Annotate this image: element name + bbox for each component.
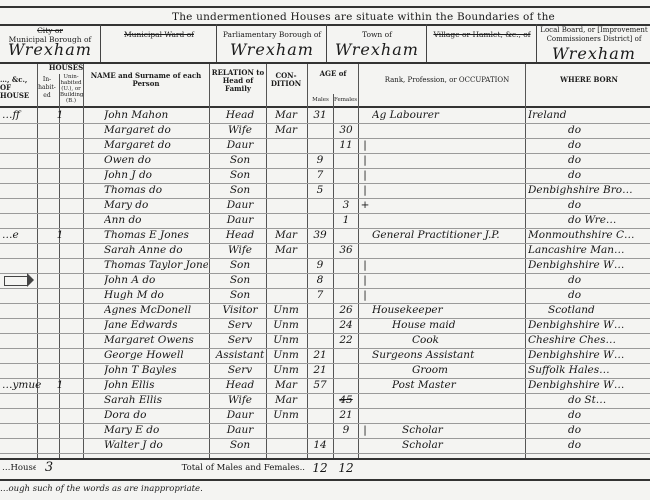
house-cell [2, 438, 42, 453]
where-born-cell: Denbighshire W… [528, 318, 650, 333]
relation-cell: Son [214, 288, 266, 303]
male-age-cell [308, 423, 332, 438]
male-age-cell [308, 213, 332, 228]
totals-bottom-rule [0, 479, 650, 481]
male-age-cell [308, 138, 332, 153]
house-cell: …ymuen [2, 378, 42, 393]
district-label: Town of [327, 30, 427, 39]
table-row-spacer [0, 453, 650, 456]
district-value: Wrexham [327, 40, 427, 59]
where-born-cell: Denbighshire Bro… [528, 183, 650, 198]
table-row: Sarah Anne do Wife Mar 36 Lancashire Man… [0, 243, 650, 259]
where-born-cell: Ireland [528, 108, 650, 123]
female-age-cell [334, 348, 358, 363]
inhabited-cell [50, 288, 70, 303]
inhabited-cell [50, 123, 70, 138]
table-row: Ann do Daur 1 do Wre… [0, 213, 650, 229]
house-cell [2, 348, 42, 363]
female-age-cell [334, 438, 358, 453]
district-value: Wrexham [537, 44, 650, 63]
relation-cell: Head [214, 378, 266, 393]
name-cell: Agnes McDonell [104, 303, 208, 318]
relation-cell: Visitor [214, 303, 266, 318]
table-row: Owen do Son 9 | do [0, 153, 650, 169]
tally-mark: | [360, 138, 370, 153]
total-houses-value: 3 [40, 458, 58, 478]
relation-cell: Daur [214, 408, 266, 423]
name-cell: Thomas E Jones [104, 228, 208, 243]
female-age-cell [334, 108, 358, 123]
house-cell [2, 363, 42, 378]
table-row: John A do Son 8 | do [0, 273, 650, 289]
district-label: Local Board, or [Improvement Commissione… [537, 26, 650, 44]
condition-cell [268, 438, 304, 453]
name-cell: John Ellis [104, 378, 208, 393]
inhabited-cell [50, 333, 70, 348]
relation-cell: Daur [214, 138, 266, 153]
female-age-cell [334, 273, 358, 288]
tally-mark [360, 303, 370, 318]
relation-cell: Son [214, 168, 266, 183]
occupation-cell [372, 393, 522, 408]
inhabited-cell [50, 303, 70, 318]
house-cell [2, 318, 42, 333]
female-age-cell [334, 183, 358, 198]
house-cell [2, 168, 42, 183]
total-houses-label: …Houses.. [2, 458, 36, 478]
condition-cell: Mar [268, 378, 304, 393]
where-born-cell: do [528, 438, 650, 453]
tally-mark: | [360, 153, 370, 168]
where-born-cell: Scotland [528, 303, 650, 318]
tally-mark [360, 123, 370, 138]
house-cell [2, 123, 42, 138]
house-cell [2, 423, 42, 438]
tally-mark [360, 318, 370, 333]
name-cell: Sarah Ellis [104, 393, 208, 408]
where-born-cell: do [528, 198, 650, 213]
census-page: The undermentioned Houses are situate wi… [0, 0, 650, 500]
female-age-cell [334, 153, 358, 168]
condition-cell: Unm [268, 318, 304, 333]
inhabited-cell: 1 [50, 378, 70, 393]
occupation-cell [372, 273, 522, 288]
occupation-cell [372, 258, 522, 273]
where-born-cell: do [528, 408, 650, 423]
female-age-cell: 1 [334, 213, 358, 228]
total-males-value: 12 [308, 458, 332, 478]
male-age-cell: 7 [308, 288, 332, 303]
house-cell [2, 333, 42, 348]
female-age-cell [334, 363, 358, 378]
relation-cell: Assistant [214, 348, 266, 363]
occupation-cell [372, 243, 522, 258]
condition-cell: Mar [268, 243, 304, 258]
district-label: Municipal Ward of [101, 30, 217, 39]
pointer-arrow-icon [4, 273, 44, 288]
occupation-cell [372, 153, 522, 168]
male-age-cell: 21 [308, 363, 332, 378]
house-cell: …ff [2, 108, 42, 123]
tally-mark [360, 393, 370, 408]
table-row: Margaret do Wife Mar 30 do [0, 123, 650, 139]
tally-mark [360, 438, 370, 453]
tally-mark [360, 408, 370, 423]
inhabited-cell [50, 198, 70, 213]
occupation-cell: Scholar [372, 423, 552, 438]
condition-cell: Mar [268, 393, 304, 408]
inhabited-cell [50, 408, 70, 423]
relation-cell: Son [214, 273, 266, 288]
inhabited-cell [50, 153, 70, 168]
table-row: Mary E do Daur 9 | Scholar do [0, 423, 650, 439]
where-born-cell: do Wre… [528, 213, 650, 228]
total-females-value: 12 [334, 458, 358, 478]
occupation-cell: General Practitioner J.P. [372, 228, 522, 243]
male-age-cell: 14 [308, 438, 332, 453]
male-age-cell: 31 [308, 108, 332, 123]
condition-cell: Mar [268, 123, 304, 138]
district-label: Village or Hamlet, &c., of [427, 30, 537, 39]
house-cell [2, 303, 42, 318]
district-label-struck: City or [37, 26, 63, 35]
female-age-cell: 36 [334, 243, 358, 258]
condition-cell: Unm [268, 348, 304, 363]
table-row: Thomas do Son 5 | Denbighshire Bro… [0, 183, 650, 199]
relation-cell: Wife [214, 393, 266, 408]
table-row: Mary do Daur 3 + do [0, 198, 650, 214]
name-cell: Sarah Anne do [104, 243, 208, 258]
inhabited-cell [50, 138, 70, 153]
condition-cell [268, 258, 304, 273]
house-cell [2, 243, 42, 258]
male-age-cell: 5 [308, 183, 332, 198]
tally-mark [360, 363, 370, 378]
female-age-cell: 22 [334, 333, 358, 348]
district-label: Parliamentary Borough of [217, 30, 327, 39]
where-born-cell: Monmouthshire C… [528, 228, 650, 243]
totals-row: …Houses.. 3 Total of Males and Females..… [0, 458, 650, 478]
district-town: Town of Wrexham [326, 24, 427, 62]
inhabited-cell [50, 363, 70, 378]
total-persons-label: Total of Males and Females.. [150, 458, 305, 478]
name-cell: John J do [104, 168, 208, 183]
occupation-cell [372, 408, 522, 423]
table-row: Agnes McDonell Visitor Unm 26 Housekeepe… [0, 303, 650, 319]
condition-cell [268, 423, 304, 438]
condition-cell: Unm [268, 333, 304, 348]
female-age-cell [334, 228, 358, 243]
female-age-cell: 24 [334, 318, 358, 333]
house-cell [2, 408, 42, 423]
name-cell: Dora do [104, 408, 208, 423]
name-cell: Mary E do [104, 423, 208, 438]
relation-cell: Serv [214, 333, 266, 348]
where-born-cell: Denbighshire W… [528, 348, 650, 363]
relation-cell: Son [214, 258, 266, 273]
female-age-cell [334, 288, 358, 303]
house-cell [2, 288, 42, 303]
name-cell: Thomas do [104, 183, 208, 198]
name-cell: Ann do [104, 213, 208, 228]
condition-cell: Unm [268, 408, 304, 423]
table-row: George Howell Assistant Unm 21 Surgeons … [0, 348, 650, 364]
condition-cell [268, 273, 304, 288]
tally-mark [360, 348, 370, 363]
tally-mark [360, 243, 370, 258]
inhabited-cell [50, 243, 70, 258]
relation-cell: Serv [214, 318, 266, 333]
female-age-cell: 45 [334, 393, 358, 408]
where-born-cell: Denbighshire W… [528, 258, 650, 273]
female-age-cell: 3 [334, 198, 358, 213]
inhabited-cell [50, 183, 70, 198]
male-age-cell [308, 333, 332, 348]
female-age-cell: 26 [334, 303, 358, 318]
condition-cell [268, 153, 304, 168]
table-row: John J do Son 7 | do [0, 168, 650, 184]
tally-mark: | [360, 258, 370, 273]
name-cell: Margaret do [104, 138, 208, 153]
where-born-cell: do [528, 288, 650, 303]
female-age-cell: 21 [334, 408, 358, 423]
table-row: …ymuen 1 John Ellis Head Mar 57 Post Mas… [0, 378, 650, 394]
house-cell [2, 198, 42, 213]
where-born-cell: Denbighshire W… [528, 378, 650, 393]
inhabited-cell [50, 348, 70, 363]
male-age-cell [308, 123, 332, 138]
table-row: …ff 1 John Mahon Head Mar 31 Ag Labourer… [0, 108, 650, 124]
relation-cell: Head [214, 228, 266, 243]
female-age-cell [334, 258, 358, 273]
condition-cell: Mar [268, 108, 304, 123]
tally-mark: | [360, 423, 370, 438]
house-cell [2, 393, 42, 408]
female-age-cell: 30 [334, 123, 358, 138]
male-age-cell: 21 [308, 348, 332, 363]
name-cell: Margaret do [104, 123, 208, 138]
condition-cell [268, 168, 304, 183]
header-males: Males [308, 96, 333, 104]
table-row: John T Bayles Serv Unm 21 Groom Suffolk … [0, 363, 650, 379]
district-municipal-borough: City orMunicipal Borough of Wrexham [0, 24, 100, 62]
male-age-cell: 39 [308, 228, 332, 243]
district-value: Wrexham [217, 40, 327, 59]
occupation-cell: Scholar [372, 438, 552, 453]
where-born-cell: do [528, 423, 650, 438]
condition-cell [268, 198, 304, 213]
female-age-cell [334, 378, 358, 393]
inhabited-cell [50, 258, 70, 273]
condition-cell [268, 213, 304, 228]
inhabited-cell [50, 393, 70, 408]
occupation-cell [372, 138, 522, 153]
male-age-cell [308, 198, 332, 213]
name-cell: John A do [104, 273, 208, 288]
table-row: …e 1 Thomas E Jones Head Mar 39 General … [0, 228, 650, 244]
occupation-cell [372, 168, 522, 183]
name-cell: Owen do [104, 153, 208, 168]
name-cell: George Howell [104, 348, 208, 363]
house-cell [2, 213, 42, 228]
inhabited-cell: 1 [50, 228, 70, 243]
name-cell: John Mahon [104, 108, 208, 123]
tally-mark [360, 333, 370, 348]
table-row: Jane Edwards Serv Unm 24 House maid Denb… [0, 318, 650, 334]
table-row: Margaret Owens Serv Unm 22 Cook Cheshire… [0, 333, 650, 349]
occupation-cell: Ag Labourer [372, 108, 522, 123]
inhabited-cell [50, 438, 70, 453]
house-cell [2, 138, 42, 153]
occupation-cell: House maid [372, 318, 542, 333]
occupation-cell [372, 213, 522, 228]
condition-cell [268, 288, 304, 303]
male-age-cell [308, 318, 332, 333]
male-age-cell [308, 243, 332, 258]
district-local-board: Local Board, or [Improvement Commissione… [536, 24, 650, 62]
tally-mark: | [360, 288, 370, 303]
condition-cell [268, 138, 304, 153]
table-row: Dora do Daur Unm 21 do [0, 408, 650, 424]
occupation-cell [372, 123, 522, 138]
female-age-cell: 11 [334, 138, 358, 153]
header-females: Females [333, 96, 358, 104]
male-age-cell: 8 [308, 273, 332, 288]
where-born-cell: do St… [528, 393, 650, 408]
tally-mark: + [360, 198, 370, 213]
header-top-rule [0, 62, 650, 64]
table-row: Thomas Taylor Jones Son 9 | Denbighshire… [0, 258, 650, 274]
footer-note: …ough such of the words as are inappropr… [0, 484, 203, 494]
male-age-cell: 7 [308, 168, 332, 183]
house-cell: …e [2, 228, 42, 243]
name-cell: Walter J do [104, 438, 208, 453]
tally-mark: | [360, 273, 370, 288]
name-cell: John T Bayles [104, 363, 208, 378]
house-cell [2, 153, 42, 168]
tally-mark: | [360, 183, 370, 198]
occupation-cell: Housekeeper [372, 303, 522, 318]
relation-cell: Daur [214, 198, 266, 213]
table-row: Hugh M do Son 7 | do [0, 288, 650, 304]
table-row: Walter J do Son 14 Scholar do [0, 438, 650, 454]
banner-text: The undermentioned Houses are situate wi… [172, 11, 555, 23]
where-born-cell: do [528, 273, 650, 288]
male-age-cell [308, 408, 332, 423]
district-village: Village or Hamlet, &c., of [426, 24, 537, 62]
male-age-cell [308, 303, 332, 318]
male-age-cell [308, 393, 332, 408]
inhabited-cell [50, 423, 70, 438]
where-born-cell: do [528, 123, 650, 138]
district-parliamentary-borough: Parliamentary Borough of Wrexham [216, 24, 327, 62]
relation-cell: Serv [214, 363, 266, 378]
male-age-cell: 57 [308, 378, 332, 393]
name-cell: Thomas Taylor Jones [104, 258, 208, 273]
district-municipal-ward: Municipal Ward of [100, 24, 217, 62]
occupation-cell: Surgeons Assistant [372, 348, 522, 363]
relation-cell: Son [214, 438, 266, 453]
table-row: Sarah Ellis Wife Mar 45 do St… [0, 393, 650, 409]
relation-cell: Head [214, 108, 266, 123]
name-cell: Hugh M do [104, 288, 208, 303]
inhabited-cell [50, 273, 70, 288]
inhabited-cell [50, 318, 70, 333]
tally-mark [360, 108, 370, 123]
condition-cell: Unm [268, 363, 304, 378]
relation-cell: Son [214, 183, 266, 198]
tally-mark [360, 228, 370, 243]
inhabited-cell [50, 213, 70, 228]
header-relation: RELATION to Head of Family [210, 66, 266, 109]
house-cell [2, 183, 42, 198]
tally-mark [360, 213, 370, 228]
where-born-cell: Suffolk Hales… [528, 363, 650, 378]
table-row: Margaret do Daur 11 | do [0, 138, 650, 154]
where-born-cell: do [528, 168, 650, 183]
tally-mark: | [360, 168, 370, 183]
where-born-cell: Cheshire Ches… [528, 333, 650, 348]
where-born-cell: do [528, 138, 650, 153]
house-cell [2, 258, 42, 273]
name-cell: Mary do [104, 198, 208, 213]
relation-cell: Son [214, 153, 266, 168]
relation-cell: Daur [214, 423, 266, 438]
inhabited-cell [50, 168, 70, 183]
occupation-cell: Post Master [372, 378, 542, 393]
female-age-cell [334, 168, 358, 183]
condition-cell [268, 183, 304, 198]
name-cell: Margaret Owens [104, 333, 208, 348]
where-born-cell: Lancashire Man… [528, 243, 650, 258]
occupation-cell [372, 183, 522, 198]
relation-cell: Daur [214, 213, 266, 228]
inhabited-cell: 1 [50, 108, 70, 123]
male-age-cell: 9 [308, 258, 332, 273]
relation-cell: Wife [214, 123, 266, 138]
tally-mark [360, 378, 370, 393]
female-age-cell: 9 [334, 423, 358, 438]
condition-cell: Mar [268, 228, 304, 243]
occupation-cell [372, 198, 522, 213]
district-value: Wrexham [0, 40, 100, 59]
male-age-cell: 9 [308, 153, 332, 168]
occupation-cell [372, 288, 522, 303]
condition-cell: Unm [268, 303, 304, 318]
relation-cell: Wife [214, 243, 266, 258]
name-cell: Jane Edwards [104, 318, 208, 333]
where-born-cell: do [528, 153, 650, 168]
